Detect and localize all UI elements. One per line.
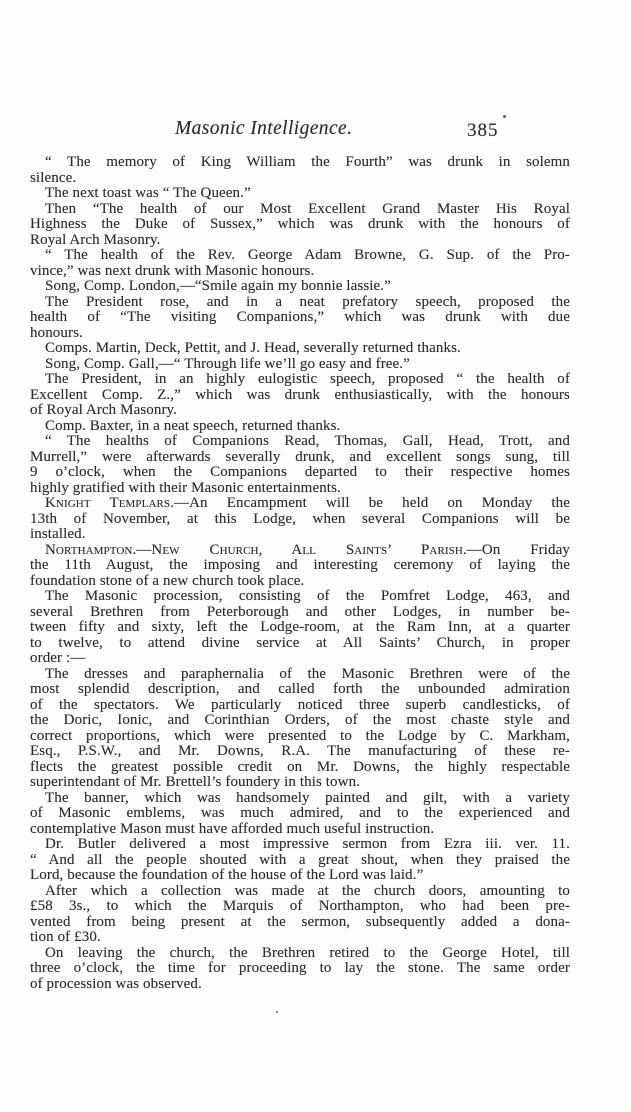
text-line: Song, Comp. Gall,—“ Through life we’ll g…	[30, 357, 570, 373]
text-line: the Doric, Ionic, and Corinthian Orders,…	[30, 713, 570, 729]
text-line: Comp. Baxter, in a neat speech, returned…	[30, 419, 570, 435]
text-line: of Masonic emblems, was much admired, an…	[30, 806, 570, 822]
text-line: “ The health of the Rev. George Adam Bro…	[30, 248, 570, 264]
text-line: After which a collection was made at the…	[30, 884, 570, 900]
smallcaps-text: Northampton.—New Church, All Saints’ Par…	[45, 542, 467, 558]
text-line: the 11th August, the imposing and intere…	[30, 558, 570, 574]
text-line: Murrell,” were afterwards severally drun…	[30, 450, 570, 466]
text-line: highly gratified with their Masonic ente…	[30, 481, 570, 497]
text-line: 13th of November, at this Lodge, when se…	[30, 512, 570, 528]
body-text: “ The memory of King William the Fourth”…	[30, 155, 570, 992]
text-line: The banner, which was handsomely painted…	[30, 791, 570, 807]
text-line: The President, in an highly eulogistic s…	[30, 372, 570, 388]
text-line: of Royal Arch Masonry.	[30, 403, 570, 419]
running-title: Masonic Intelligence.	[175, 118, 352, 140]
text-line: vince,” was next drunk with Masonic hono…	[30, 264, 570, 280]
text-line: Highness the Duke of Sussex,” which was …	[30, 217, 570, 233]
text-line: contemplative Mason must have afforded m…	[30, 822, 570, 838]
text-line: £58 3s., to which the Marquis of Northam…	[30, 899, 570, 915]
text-line: to twelve, to attend divine service at A…	[30, 636, 570, 652]
text-line: Song, Comp. London,—“Smile again my bonn…	[30, 279, 570, 295]
text-line: tion of £30.	[30, 930, 570, 946]
text-line: The President rose, and in a neat prefat…	[30, 295, 570, 311]
text-line: The next toast was “ The Queen.”	[30, 186, 570, 202]
text-line: tween fifty and sixty, left the Lodge-ro…	[30, 620, 570, 636]
text-line: On leaving the church, the Brethren reti…	[30, 946, 570, 962]
text-line: Royal Arch Masonry.	[30, 233, 570, 249]
smallcaps-text: Knight Templars.	[45, 495, 174, 511]
scanned-page: Masonic Intelligence. 385 “ The memory o…	[0, 0, 631, 1112]
text-line: health of “The visiting Companions,” whi…	[30, 310, 570, 326]
text-line: installed.	[30, 527, 570, 543]
text-line: Comps. Martin, Deck, Pettit, and J. Head…	[30, 341, 570, 357]
text-line: of the spectators. We particularly notic…	[30, 698, 570, 714]
text-line: Knight Templars.—An Encampment will be h…	[30, 496, 570, 512]
text-line: Excellent Comp. Z.,” which was drunk ent…	[30, 388, 570, 404]
text-line: superintendant of Mr. Brettell’s founder…	[30, 775, 570, 791]
scan-speck	[276, 1011, 278, 1013]
text-line: “ And all the people shouted with a grea…	[30, 853, 570, 869]
text-line: foundation stone of a new church took pl…	[30, 574, 570, 590]
text-line: correct proportions, which were presente…	[30, 729, 570, 745]
text-line: most splendid description, and called fo…	[30, 682, 570, 698]
page-number: 385	[467, 120, 499, 142]
text-line: 9 o’clock, when the Companions departed …	[30, 465, 570, 481]
text-line: of procession was observed.	[30, 977, 570, 993]
text-line: vented from being present at the sermon,…	[30, 915, 570, 931]
text-line: “ The memory of King William the Fourth”…	[30, 155, 570, 171]
text-line: honours.	[30, 326, 570, 342]
text-line: “ The healths of Companions Read, Thomas…	[30, 434, 570, 450]
text-line: Lord, because the foundation of the hous…	[30, 868, 570, 884]
text-line: several Brethren from Peterborough and o…	[30, 605, 570, 621]
text-line: The Masonic procession, consisting of th…	[30, 589, 570, 605]
text-line: Then “The health of our Most Excellent G…	[30, 202, 570, 218]
text-line: flects the greatest possible credit on M…	[30, 760, 570, 776]
text-line: three o’clock, the time for proceeding t…	[30, 961, 570, 977]
scan-speck	[503, 115, 506, 118]
text-line: silence.	[30, 171, 570, 187]
text-line: Esq., P.S.W., and Mr. Downs, R.A. The ma…	[30, 744, 570, 760]
text-line: Dr. Butler delivered a most impressive s…	[30, 837, 570, 853]
text-line: The dresses and paraphernalia of the Mas…	[30, 667, 570, 683]
text-line: Northampton.—New Church, All Saints’ Par…	[30, 543, 570, 559]
text-line: order :—	[30, 651, 570, 667]
page-header: Masonic Intelligence. 385	[30, 118, 570, 144]
